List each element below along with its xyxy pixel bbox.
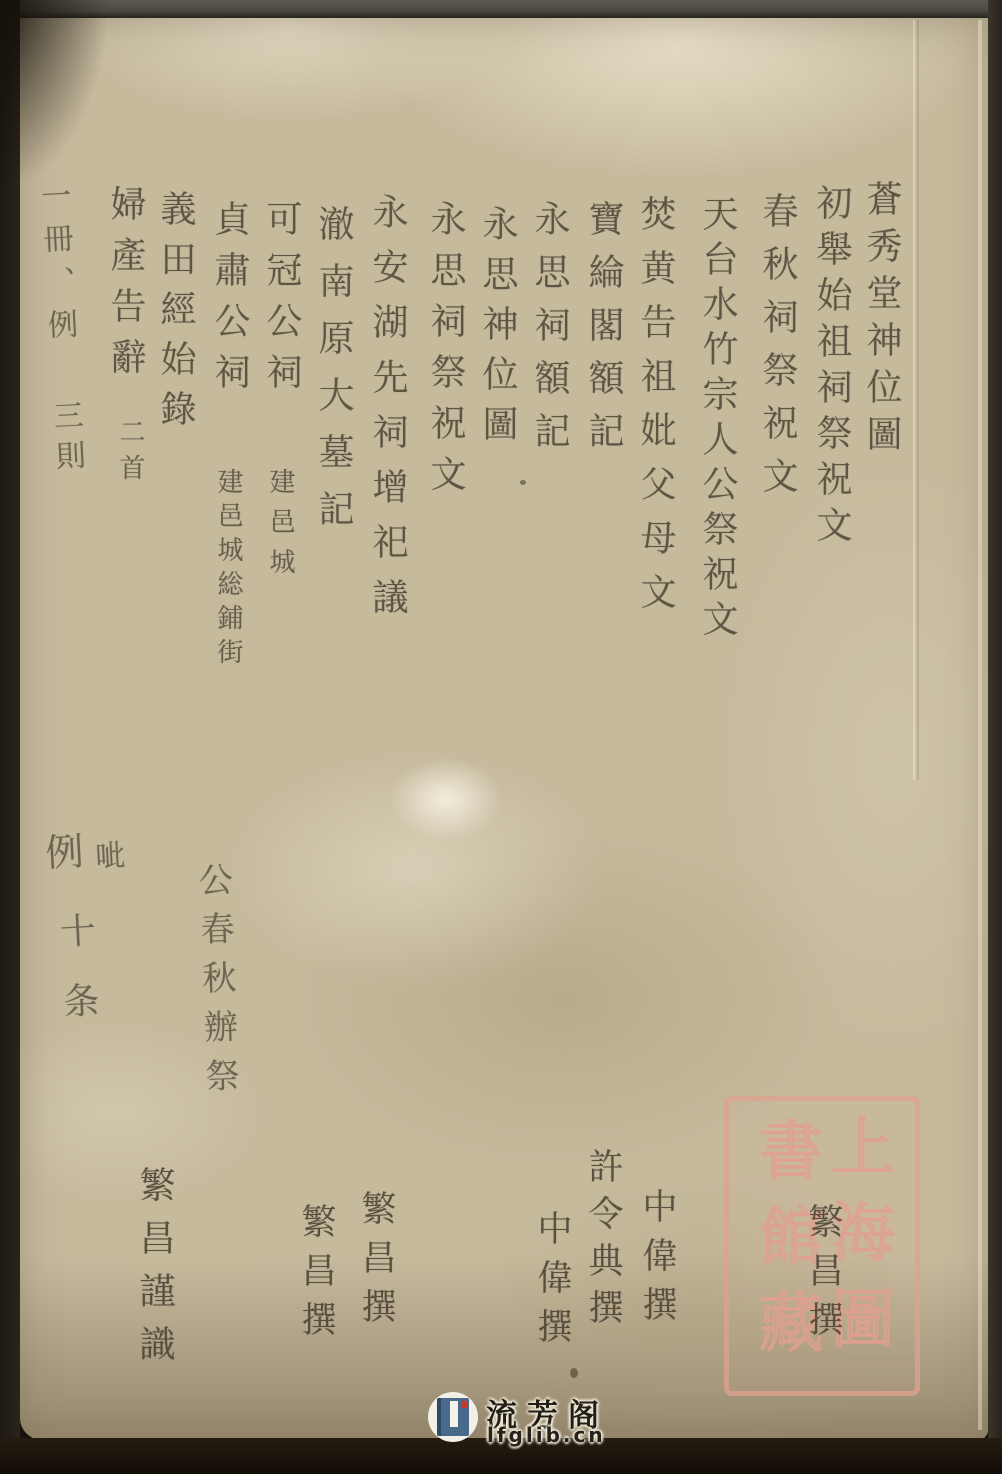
toc-column: 春秋祠祭祝文	[752, 192, 803, 510]
toc-column: 澈南原大墓記	[308, 205, 359, 547]
watermark-logo	[428, 1392, 478, 1442]
toc-column: 可冠公祠	[256, 200, 307, 404]
toc-column: 寶綸閣額記	[578, 200, 629, 465]
signature: 繁昌謹識	[129, 1166, 180, 1378]
toc-column: 婦產告辭	[100, 185, 151, 389]
margin-note-left: 例	[33, 831, 90, 872]
toc-column: 一冊、例	[30, 179, 83, 353]
toc-column: 天台水竹宗人公祭祝文	[692, 195, 743, 645]
signature: 繁昌撰	[351, 1190, 401, 1337]
margin-note-count: 十条	[48, 911, 106, 1053]
toc-column-note: 建邑城	[262, 468, 299, 588]
watermark-site-url: lfglib.cn	[487, 1423, 606, 1447]
toc-column-note: 三則	[42, 399, 90, 481]
toc-column: 永思祠祭祝文	[420, 200, 471, 506]
book-red-label	[461, 1401, 467, 1408]
photo-right-edge	[988, 0, 1002, 1474]
toc-column: 焚黄告祖妣父母文	[630, 195, 681, 627]
offering-note: 公春秋辦祭	[188, 861, 246, 1108]
toc-column: 永思祠額記	[524, 200, 575, 465]
signature: 繁昌撰	[291, 1203, 341, 1350]
manuscript-page: 蒼秀堂神位圖 初舉始祖祠祭祝文 春秋祠祭祝文 天台水竹宗人公祭祝文 焚黄告祖妣父…	[0, 0, 1002, 1474]
book-title-strip	[450, 1401, 458, 1427]
signature: 中偉撰	[632, 1188, 682, 1335]
toc-column: 蒼秀堂神位圖	[856, 180, 907, 462]
signature: 許令典撰	[578, 1148, 628, 1336]
book-icon	[437, 1398, 469, 1436]
toc-column: 貞肅公祠	[204, 200, 255, 404]
toc-column: 初舉始祖祠祭祝文	[806, 184, 857, 552]
toc-column: 永安湖先祠增祀議	[362, 193, 413, 633]
toc-column-note: 建邑城総鋪街	[210, 468, 247, 672]
toc-column: 永思神位圖	[472, 205, 523, 455]
margin-note-right: 呲	[83, 839, 129, 871]
toc-column: 義田經始錄	[150, 190, 201, 440]
signature: 中偉撰	[527, 1210, 577, 1357]
signature: 繁昌撰	[798, 1203, 848, 1350]
toc-column-note: 二首	[112, 418, 149, 490]
photo-left-edge	[0, 0, 20, 1474]
